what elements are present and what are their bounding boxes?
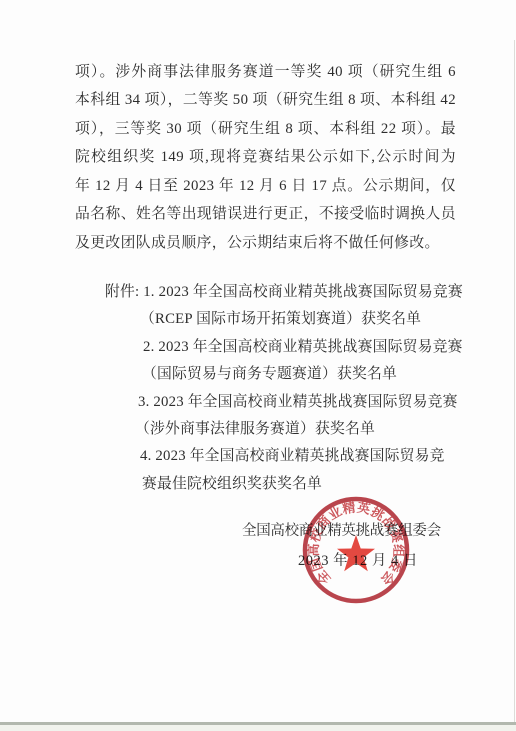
attachment-line: 2. 2023 年全国高校商业精英挑战赛国际贸易竞赛	[143, 334, 477, 361]
body-line: 品名称、姓名等出现错误进行更正，不接受临时调换人员以	[75, 200, 456, 228]
body-line: 项），三等奖 30 项（研究生组 8 项、本科组 22 项）。最佳	[75, 115, 456, 143]
document-page: 项）。涉外商事法律服务赛道一等奖 40 项（研究生组 6 项、 本科组 34 项…	[0, 0, 516, 731]
official-seal-stamp: 全国高校商业精英挑战赛组委会	[299, 493, 413, 607]
attachment-line: （RCEP 国际市场开拓策划赛道）获奖名单	[140, 306, 477, 333]
attachment-line: （涉外商事法律服务赛道）获奖名单	[135, 416, 477, 443]
attachment-line: 3. 2023 年全国高校商业精英挑战赛国际贸易竞赛	[138, 389, 477, 416]
body-line: 院校组织奖 149 项,现将竞赛结果公示如下,公示时间为 2023	[75, 143, 456, 171]
attachment-line: 4. 2023 年全国高校商业精英挑战赛国际贸易竞	[140, 443, 477, 470]
page-bottom-margin	[0, 725, 516, 731]
body-line: 项）。涉外商事法律服务赛道一等奖 40 项（研究生组 6 项、	[75, 58, 456, 86]
attachment-line: （国际贸易与商务专题赛道）获奖名单	[142, 361, 477, 388]
page-right-edge	[514, 40, 515, 722]
notice-body: 项）。涉外商事法律服务赛道一等奖 40 项（研究生组 6 项、 本科组 34 项…	[75, 58, 456, 257]
body-line: 本科组 34 项），二等奖 50 项（研究生组 8 项、本科组 42	[75, 86, 456, 114]
body-line: 及更改团队成员顺序，公示期结束后将不做任何修改。	[75, 229, 456, 257]
attachments-list: 附件: 1. 2023 年全国高校商业精英挑战赛国际贸易竞赛 （RCEP 国际市…	[105, 279, 477, 498]
body-line: 年 12 月 4 日至 2023 年 12 月 6 日 17 点。公示期间，仅对…	[75, 172, 456, 200]
attachment-line: 附件: 1. 2023 年全国高校商业精英挑战赛国际贸易竞赛	[105, 279, 477, 306]
seal-star-icon	[337, 535, 375, 571]
